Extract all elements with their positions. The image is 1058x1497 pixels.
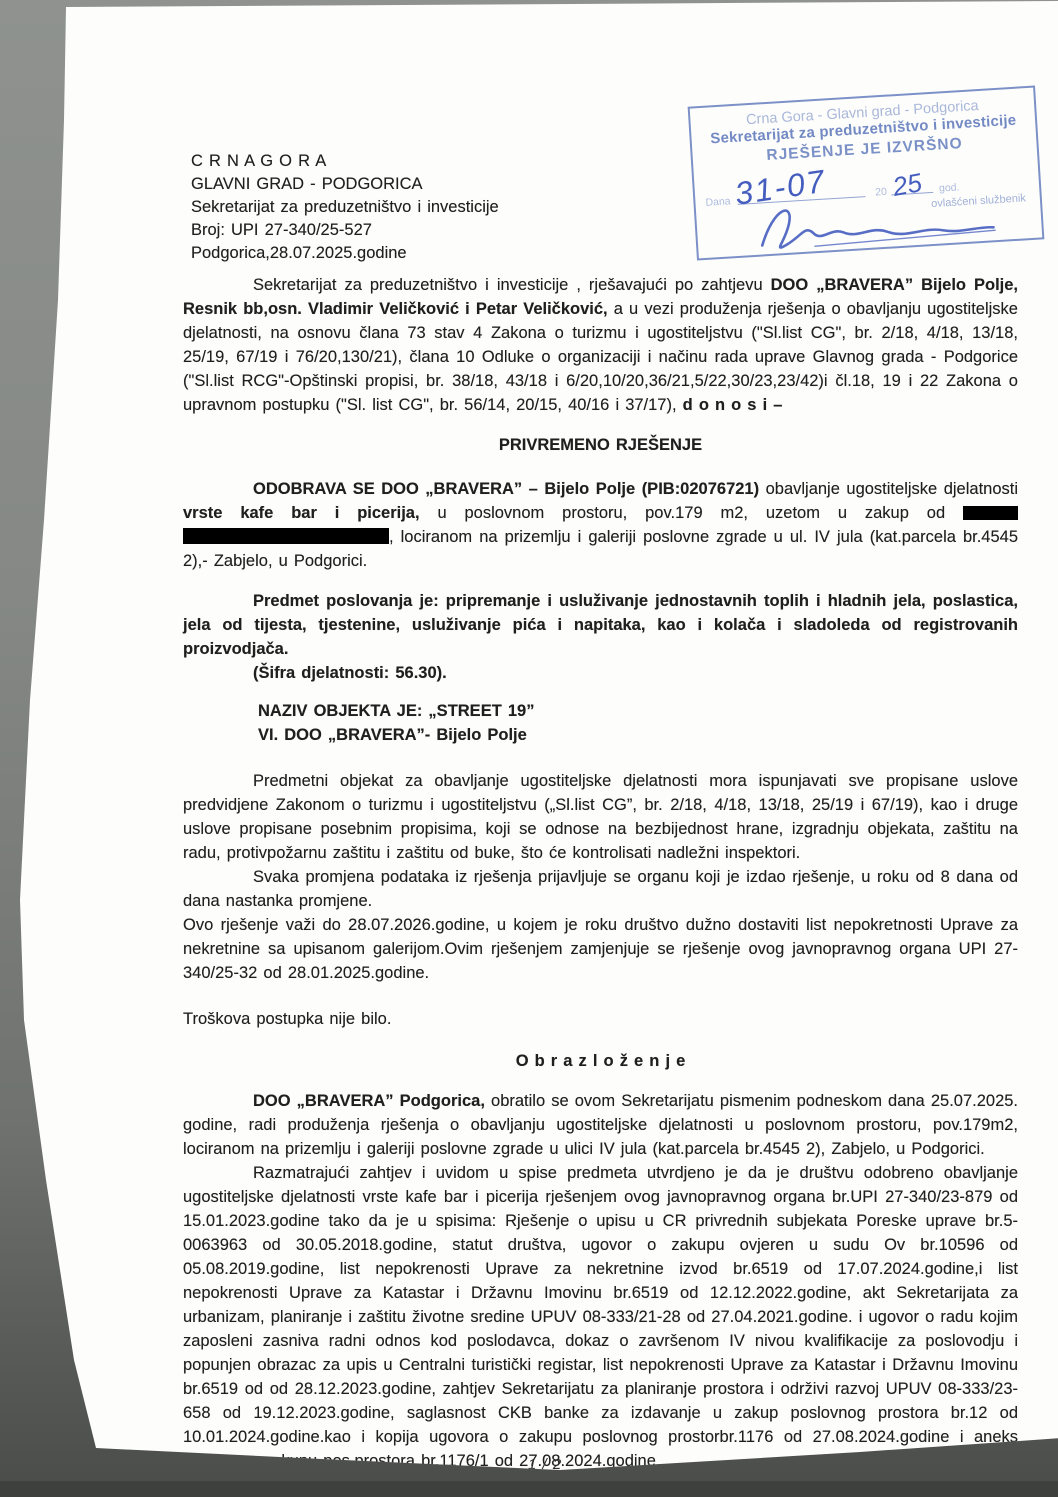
approval-company-bold: ODOBRAVA SE DOO „BRAVERA” – Bijelo Polje…: [253, 480, 759, 498]
redaction-box: [963, 506, 1018, 520]
explanation-paragraph-2: Razmatrajući zahtjev i uvidom u spise pr…: [183, 1161, 1018, 1473]
object-name-block: NAZIV OBJEKTA JE: „STREET 19” VI. DOO „B…: [183, 699, 1018, 747]
conditions-paragraph: Predmetni objekat za obavljanje ugostite…: [183, 769, 1018, 865]
scanned-document: C R N A G O R A GLAVNI GRAD - PODGORICA …: [0, 0, 1058, 1497]
business-subject-paragraph: Predmet poslovanja je: pripremanje i usl…: [183, 589, 1018, 661]
explanation-title: O b r a z l o ž e n j e: [183, 1049, 1018, 1073]
owner-line: VI. DOO „BRAVERA”- Bijelo Polje: [258, 723, 1018, 747]
donosi-bold: d o n o s i –: [683, 396, 783, 414]
redaction-box: [183, 528, 389, 544]
approval-premises: u poslovnom prostoru, pov.179 m2, uzetom…: [420, 504, 963, 522]
explanation-company-bold: DOO „BRAVERA” Podgorica,: [253, 1092, 485, 1110]
official-stamp: Crna Gora - Glavni grad - Podgorica Sekr…: [688, 86, 1045, 261]
approval-activity: obavljanje ugostiteljske djelatnosti: [759, 480, 1018, 498]
activity-type-bold: vrste kafe bar i picerija,: [183, 504, 420, 522]
decision-title: PRIVREMENO RJEŠENJE: [183, 433, 1018, 457]
costs-line: Troškova postupka nije bilo.: [183, 1007, 1018, 1031]
change-notice-paragraph: Svaka promjena podataka iz rješenja prij…: [183, 865, 1018, 913]
activity-code-line: (Šifra djelatnosti: 56.30).: [183, 661, 1018, 685]
object-name-line: NAZIV OBJEKTA JE: „STREET 19”: [258, 699, 1018, 723]
explanation-paragraph-1: DOO „BRAVERA” Podgorica, obratilo se ovo…: [183, 1089, 1018, 1161]
intro-text: Sekretarijat za preduzetništvo i investi…: [253, 276, 771, 294]
stamp-date-label: Dana: [705, 195, 731, 209]
document-content: C R N A G O R A GLAVNI GRAD - PODGORICA …: [183, 150, 1018, 1473]
validity-paragraph: Ovo rješenje važi do 28.07.2026.godine, …: [183, 913, 1018, 985]
approval-paragraph: ODOBRAVA SE DOO „BRAVERA” – Bijelo Polje…: [183, 477, 1018, 573]
scan-bottom-edge: [0, 1481, 1058, 1497]
intro-paragraph: Sekretarijat za preduzetništvo i investi…: [183, 273, 1018, 417]
document-page: C R N A G O R A GLAVNI GRAD - PODGORICA …: [0, 0, 1058, 1497]
page-number: 1 / 2: [528, 1456, 562, 1473]
